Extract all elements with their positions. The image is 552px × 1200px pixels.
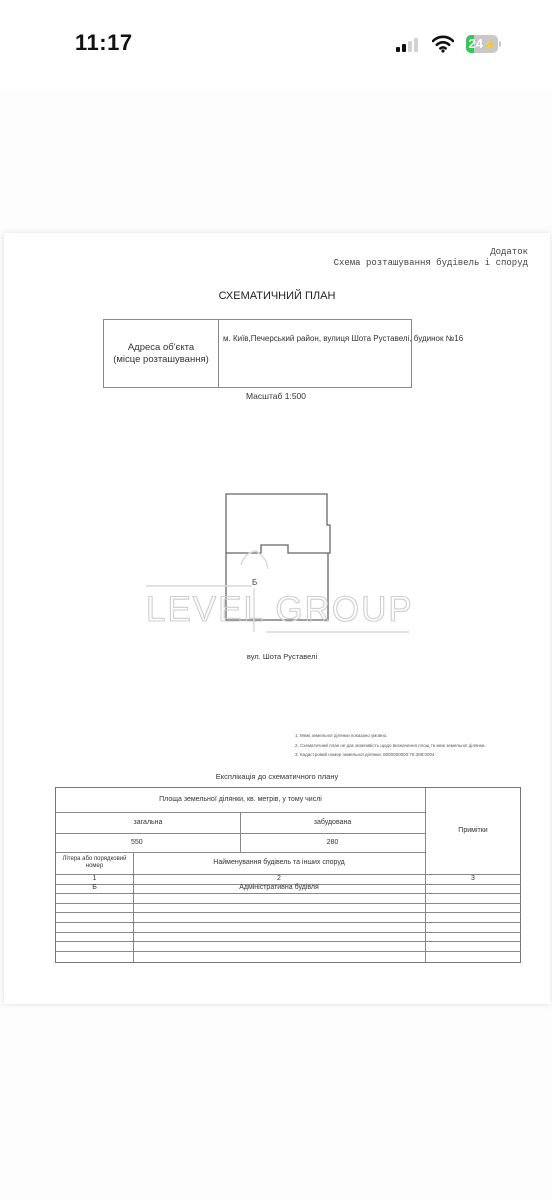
building-letter: Б (252, 578, 257, 587)
explication-title: Експлікація до схематичного плану (4, 772, 550, 781)
column-number: 2 (133, 874, 425, 884)
row-building-name (133, 903, 425, 913)
row-letter (56, 922, 133, 932)
row-letter: Б (56, 884, 133, 894)
built-area-value: 280 (240, 833, 425, 852)
note-1: 1. Межі земельної ділянки показано умовн… (295, 731, 486, 741)
area-header: Площа земельної ділянки, кв. метрів, у т… (56, 788, 425, 812)
row-note (425, 951, 521, 961)
address-label: Адреса об'єкта (місце розташування) (104, 320, 219, 387)
name-header: Найменування будівель та інших споруд (133, 852, 425, 874)
battery-icon: 24⚡ (466, 35, 498, 53)
charging-bolt-icon: ⚡ (483, 40, 495, 51)
plan-notes: 1. Межі земельної ділянки показано умовн… (295, 731, 486, 760)
notes-header: Примітки (425, 788, 521, 874)
row-building-name (133, 932, 425, 942)
row-letter (56, 903, 133, 913)
total-area-value: 550 (56, 833, 240, 852)
battery-percent: 24 (469, 36, 483, 51)
battery-tip (499, 41, 501, 47)
column-number: 3 (425, 874, 521, 884)
row-building-name: Адміністративна будівля (133, 884, 425, 894)
note-2: 2. Схематичний план не дає можливість що… (295, 741, 486, 751)
row-building-name (133, 893, 425, 903)
appendix-label: Додаток (334, 247, 528, 258)
row-note (425, 884, 521, 894)
row-building-name (133, 922, 425, 932)
row-note (425, 922, 521, 932)
row-building-name (133, 951, 425, 961)
row-building-name (133, 912, 425, 922)
signal-bar (402, 44, 406, 52)
cellular-signal-icon (396, 38, 420, 52)
row-letter (56, 893, 133, 903)
row-note (425, 893, 521, 903)
letter-header: Літера або порядковий номер (56, 852, 133, 874)
appendix-header: Додаток Схема розташування будівель і сп… (334, 247, 528, 269)
street-label: вул. Шота Руставелі (4, 652, 550, 661)
signal-bar (414, 38, 418, 52)
row-note (425, 941, 521, 951)
note-3: 3. Кадастровий номер земельної ділянки: … (295, 750, 486, 760)
signal-bar (408, 41, 412, 52)
clock: 11:17 (75, 30, 133, 56)
signal-bar (396, 47, 400, 52)
row-letter (56, 951, 133, 961)
row-letter (56, 941, 133, 951)
status-bar: 11:17 24⚡ (0, 0, 552, 90)
document-page[interactable]: Додаток Схема розташування будівель і сп… (4, 233, 550, 1004)
total-area-header: загальна (56, 812, 240, 833)
row-building-name (133, 941, 425, 951)
address-value: м. Київ,Печерський район, вулиця Шота Ру… (223, 334, 463, 343)
wifi-icon (432, 35, 454, 53)
svg-text:LEVEL GROUP: LEVEL GROUP (146, 590, 414, 629)
row-note (425, 932, 521, 942)
row-note (425, 912, 521, 922)
address-table: Адреса об'єкта (місце розташування) м. К… (103, 319, 412, 388)
row-letter (56, 932, 133, 942)
appendix-subtitle: Схема розташування будівель і споруд (334, 258, 528, 269)
explication-table: Площа земельної ділянки, кв. метрів, у т… (55, 787, 521, 963)
built-area-header: забудована (240, 812, 425, 833)
scale-label: Масштаб 1:500 (246, 391, 306, 401)
row-letter (56, 912, 133, 922)
document-title: СХЕМАТИЧНИЙ ПЛАН (4, 290, 550, 302)
column-number: 1 (56, 874, 133, 884)
row-note (425, 903, 521, 913)
